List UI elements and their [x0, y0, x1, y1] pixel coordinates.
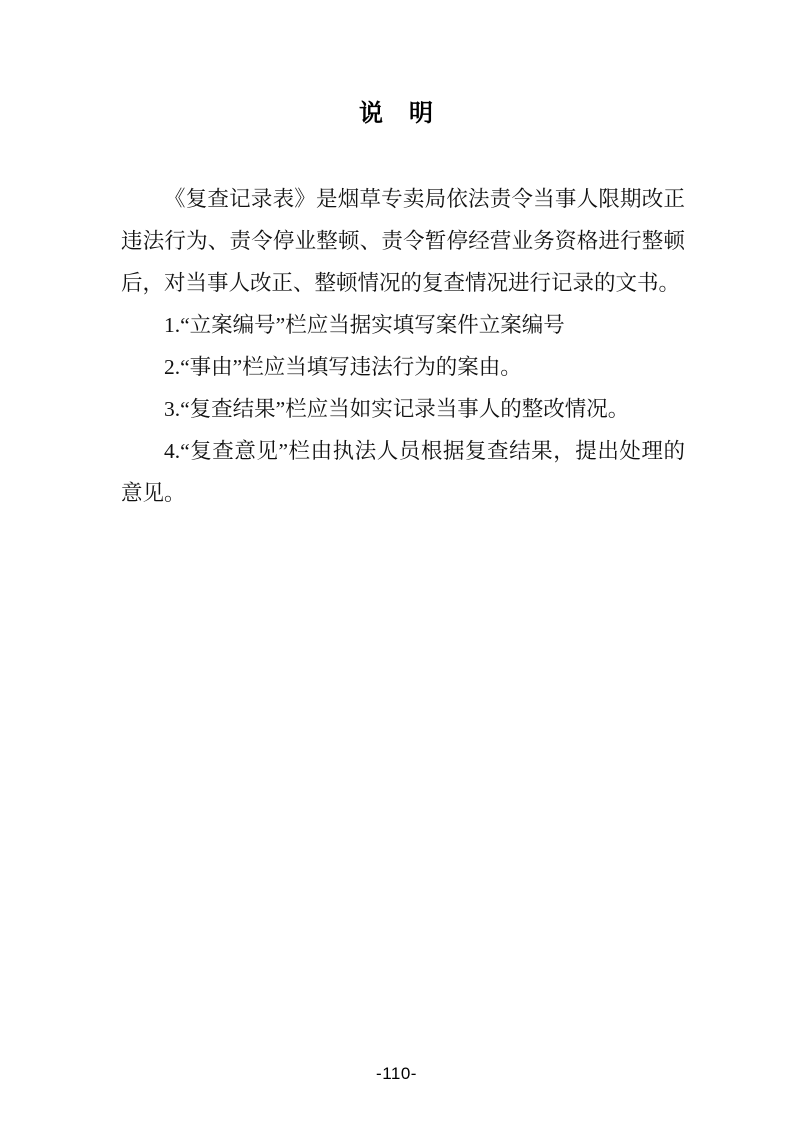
- intro-paragraph: 《复查记录表》是烟草专卖局依法责令当事人限期改正违法行为、责令停业整顿、责令暂停…: [121, 178, 685, 304]
- page-title: 说 明: [0, 0, 793, 131]
- page-number: -110-: [0, 1064, 793, 1084]
- note-item-1: 1.“立案编号”栏应当据实填写案件立案编号: [121, 304, 685, 346]
- note-item-3: 3.“复查结果”栏应当如实记录当事人的整改情况。: [121, 388, 685, 430]
- document-page: 说 明 《复查记录表》是烟草专卖局依法责令当事人限期改正违法行为、责令停业整顿、…: [0, 0, 793, 1122]
- note-item-2: 2.“事由”栏应当填写违法行为的案由。: [121, 346, 685, 388]
- note-item-4: 4.“复查意见”栏由执法人员根据复查结果，提出处理的意见。: [121, 430, 685, 514]
- document-body: 《复查记录表》是烟草专卖局依法责令当事人限期改正违法行为、责令停业整顿、责令暂停…: [121, 178, 685, 514]
